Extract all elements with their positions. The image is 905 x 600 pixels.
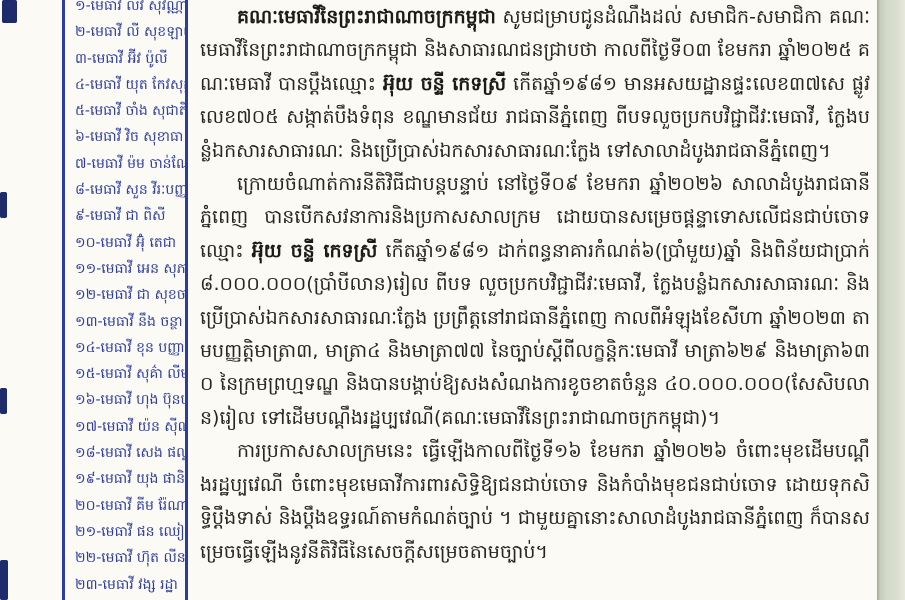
lawyer-list-item: ៤-មេធាវី យុត កែវសុគ្គា — [75, 72, 185, 98]
lawyer-list-item: ១០-មេធាវី អ៊ុំ តេជា — [75, 230, 185, 256]
scan-ink-mark — [0, 388, 7, 414]
defendant-name: អ៊ុយ ចន្ទី កេទស្រី — [383, 73, 506, 95]
lawyer-list-item: ១១-មេធាវី អេន សុភាព — [75, 256, 185, 282]
lawyer-list-item: ១២-មេធាវី ជា សុខចាន់ — [75, 282, 185, 308]
bar-association-title: គណៈមេធាវីនៃព្រះរាជាណាចក្រកម្ពុជា — [237, 6, 496, 28]
lawyer-list-item: ២០-មេធាវី គីម រ៉ែណារ៉ុង — [75, 493, 185, 519]
lawyer-list-item: ១៨-មេធាវី សេង ផល្លា — [75, 440, 185, 466]
lawyer-list-item: ៩-មេធាវី ជា ពិសី — [75, 203, 185, 229]
lawyer-list-item: ៧-មេធាវី ម៉ម ចាន់ណែត — [75, 151, 185, 177]
paragraph-text: ការប្រកាសសាលក្រមនេះ ធ្វើឡើងកាលពីថ្ងៃទី១៦… — [200, 440, 870, 562]
scan-ink-mark — [0, 192, 7, 218]
notice-paragraph-2: ក្រោយចំណាត់ការនីតិវិធីជាបន្តបន្ទាប់ នៅថ្… — [200, 168, 870, 435]
lawyer-list-item: ១៩-មេធាវី យុង ផានិត — [75, 466, 185, 492]
lawyer-list-item: ៨-មេធាវី សួន វីរៈបញ្ញា — [75, 177, 185, 203]
scan-ink-mark — [0, 560, 8, 600]
paragraph-text: កើតឆ្នាំ១៩៨១ ដាក់ពន្ធនាគារកំណត់៦(ប្រាំមួ… — [200, 240, 870, 429]
notice-body: គណៈមេធាវីនៃព្រះរាជាណាចក្រកម្ពុជា សូមជម្រ… — [200, 1, 870, 600]
notice-paragraph-3: ការប្រកាសសាលក្រមនេះ ធ្វើឡើងកាលពីថ្ងៃទី១៦… — [200, 435, 870, 569]
lawyer-list-item: ២១-មេធាវី ផន ឈៀងឡេង — [75, 519, 185, 545]
lawyer-list-item: ១៧-មេធាវី យ៉ន ស៊ីណាល់ — [75, 414, 185, 440]
lawyer-list-item: ១-មេធាវី លីវ សុវណ្ណា — [75, 0, 185, 19]
scanned-notice-page: ១-មេធាវី លីវ សុវណ្ណា ២-មេធាវី លី សុខឡាយ … — [0, 0, 905, 600]
lawyer-list-item: ២៣-មេធាវី វង្ស រដ្ឋា — [75, 572, 185, 598]
defendant-name: អ៊ុយ ចន្ទី កេទស្រី — [252, 240, 378, 262]
lawyer-list-item: ១៦-មេធាវី ហុង ប៊ុនហួរ — [75, 387, 185, 413]
lawyer-list-item: ៣-មេធាវី អ៊ីវ ប៉ូលី — [75, 46, 185, 72]
lawyer-list-item: ៦-មេធាវី វិច សុខាធា — [75, 124, 185, 150]
lawyer-list-item: ៥-មេធាវី ចាំង សុជាតិ — [75, 98, 185, 124]
scan-ink-mark — [2, 0, 17, 23]
lawyer-list-item: ២២-មេធាវី ហ៊ុត លីនដា — [75, 545, 185, 571]
notice-paragraph-1: គណៈមេធាវីនៃព្រះរាជាណាចក្រកម្ពុជា សូមជម្រ… — [200, 1, 870, 168]
lawyer-list-item: ១៥-មេធាវី សុគ៌ា លីមជាព — [75, 361, 185, 387]
lawyer-list-item: ១៤-មេធាវី ខុន បញ្ញា — [75, 335, 185, 361]
page-edge-band — [877, 0, 905, 600]
lawyer-list-item: ១៣-មេធាវី នឹង ចន្ថា — [75, 309, 185, 335]
lawyer-list-sidebar: ១-មេធាវី លីវ សុវណ្ណា ២-មេធាវី លី សុខឡាយ … — [62, 0, 188, 600]
lawyer-list-item: ២-មេធាវី លី សុខឡាយ — [75, 19, 185, 45]
